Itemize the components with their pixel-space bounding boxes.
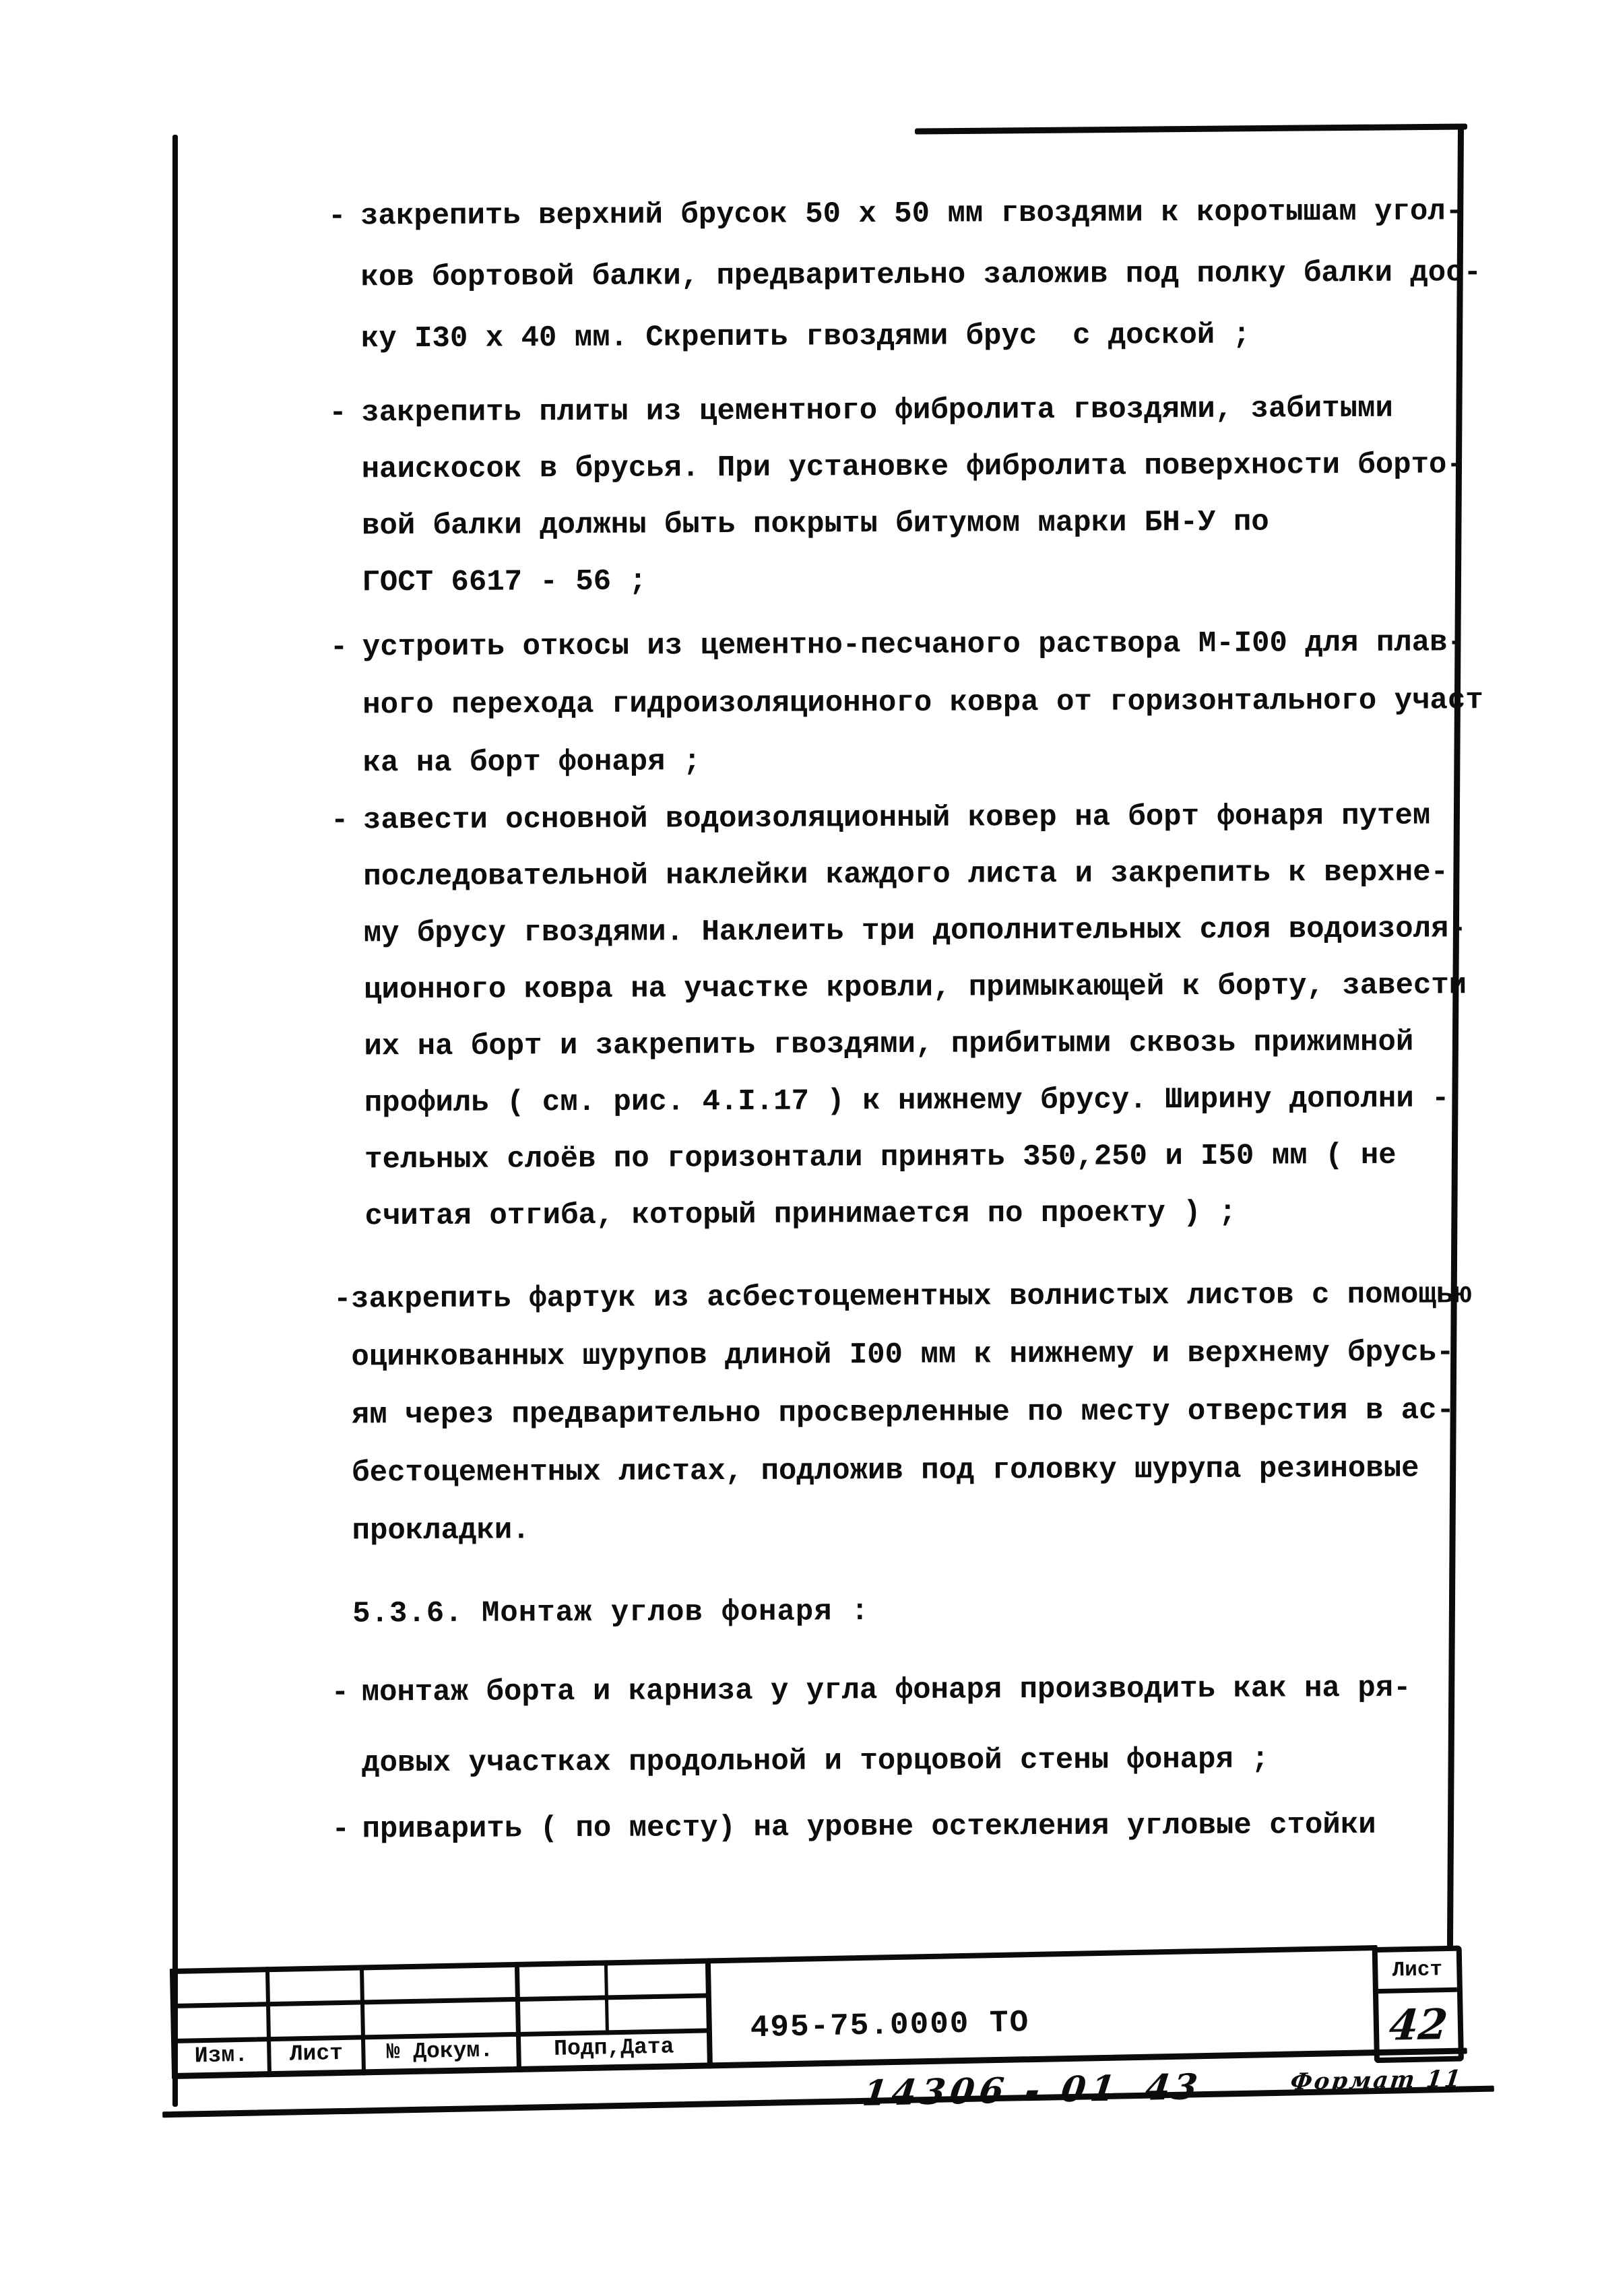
- text-line: монтаж борта и карниза у угла фонаря про…: [361, 1653, 1411, 1729]
- text-line: закрепить плиты из цементного фибролита …: [361, 380, 1464, 441]
- paragraph: -закрепить фартук из асбестоцементных во…: [351, 1266, 1473, 1560]
- scanned-document-page: -закрепить верхний брусок 50 х 50 мм гво…: [0, 0, 1602, 2296]
- text-line: довых участках продольной и торцовой сте…: [362, 1724, 1411, 1800]
- bullet-dash: -: [329, 385, 347, 442]
- text-line: ционного ковра на участке кровли, примык…: [364, 957, 1467, 1018]
- bullet-dash: -: [330, 618, 348, 676]
- text-line: закрепить верхний брусок 50 х 50 мм гвоз…: [360, 181, 1481, 247]
- text-line: ного перехода гидроизоляционного ковра о…: [362, 671, 1483, 734]
- paragraph: -устроить откосы из цементно-песчаного р…: [362, 614, 1484, 792]
- text-line: устроить откосы из цементно-песчаного ра…: [362, 614, 1483, 676]
- sheet-number: 42: [1377, 2000, 1460, 2050]
- revision-col-list: Лист: [271, 2040, 362, 2067]
- sheet-label: Лист: [1378, 1958, 1457, 1983]
- text-line: ков бортовой балки, предварительно залож…: [360, 242, 1481, 308]
- section-heading: 5.3.6. Монтаж углов фонаря :: [352, 1581, 870, 1644]
- text-line: оцинкованных шурупов длиной I00 мм к ниж…: [351, 1323, 1472, 1386]
- text-line: ям через предварительно просверленные по…: [352, 1381, 1473, 1444]
- handwritten-document-number: 14306 - 01: [860, 2068, 1122, 2114]
- text-line: последовательной наклейки каждого листа …: [363, 844, 1466, 905]
- text-line: считая отгиба, который принимается по пр…: [364, 1183, 1467, 1245]
- text-line: ку I30 х 40 мм. Скрепить гвоздями брус с…: [361, 304, 1482, 370]
- sheet-box-divider: [1378, 1988, 1457, 1994]
- text-line: тельных слоёв по горизонтали принять 350…: [364, 1127, 1467, 1188]
- sheet-number-box: Лист 42: [1372, 1946, 1464, 2064]
- text-line: ГОСТ 6617 - 56 ;: [362, 550, 1465, 611]
- text-line: профиль ( см. рис. 4.I.17 ) к нижнему бр…: [364, 1070, 1467, 1131]
- page-bottom-edge-line: [162, 2086, 1494, 2118]
- handwritten-sheet-number: 43: [1143, 2066, 1203, 2109]
- titleblock-row-line-1: [170, 1993, 709, 2008]
- paragraph: -завести основной водоизоляционный ковер…: [363, 787, 1468, 1245]
- paragraph: -закрепить плиты из цементного фибролита…: [361, 380, 1465, 611]
- revision-col-ndokum: № Докум.: [363, 2037, 517, 2065]
- text-line: бестоцементных листах, подложив под голо…: [352, 1439, 1473, 1502]
- titleblock-top-line: [170, 1945, 1378, 1974]
- bullet-dash: -: [331, 1658, 349, 1729]
- text-line: 5.3.6. Монтаж углов фонаря :: [352, 1581, 870, 1644]
- text-line: му брусу гвоздями. Наклеить три дополнит…: [364, 900, 1467, 962]
- revision-col-podp-data: Подп,Дата: [521, 2033, 707, 2062]
- text-line: завести основной водоизоляционный ковер …: [363, 787, 1466, 849]
- text-line: их на борт и закрепить гвоздями, прибиты…: [364, 1014, 1467, 1075]
- text-line: наискосок в брусья. При установке фиброл…: [362, 436, 1465, 498]
- bullet-dash: -: [331, 792, 349, 849]
- bullet-dash: -: [333, 1270, 352, 1328]
- revision-col-izm: Изм.: [171, 2042, 271, 2069]
- title-block: Изм. Лист № Докум. Подп,Дата 495-75.0000…: [169, 1914, 1496, 2142]
- paragraph: -закрепить верхний брусок 50 х 50 мм гво…: [360, 181, 1482, 370]
- document-body: -закрепить верхний брусок 50 х 50 мм гво…: [0, 0, 1602, 1955]
- document-number: 495-75.0000 ТО: [750, 2005, 1029, 2045]
- paragraph: -приварить ( по месту) на уровне остекле…: [362, 1795, 1376, 1860]
- text-line: приварить ( по месту) на уровне остеклен…: [362, 1795, 1376, 1860]
- text-line: ка на борт фонаря ;: [362, 729, 1483, 792]
- text-line: прокладки.: [352, 1497, 1473, 1560]
- bullet-dash: -: [331, 1800, 350, 1860]
- text-line: вой балки должны быть покрыты битумом ма…: [362, 493, 1465, 554]
- text-line: закрепить фартук из асбестоцементных вол…: [351, 1266, 1472, 1328]
- bullet-dash: -: [328, 187, 346, 248]
- paragraph: -монтаж борта и карниза у угла фонаря пр…: [361, 1653, 1411, 1800]
- titleblock-v-partial: [604, 1960, 609, 2035]
